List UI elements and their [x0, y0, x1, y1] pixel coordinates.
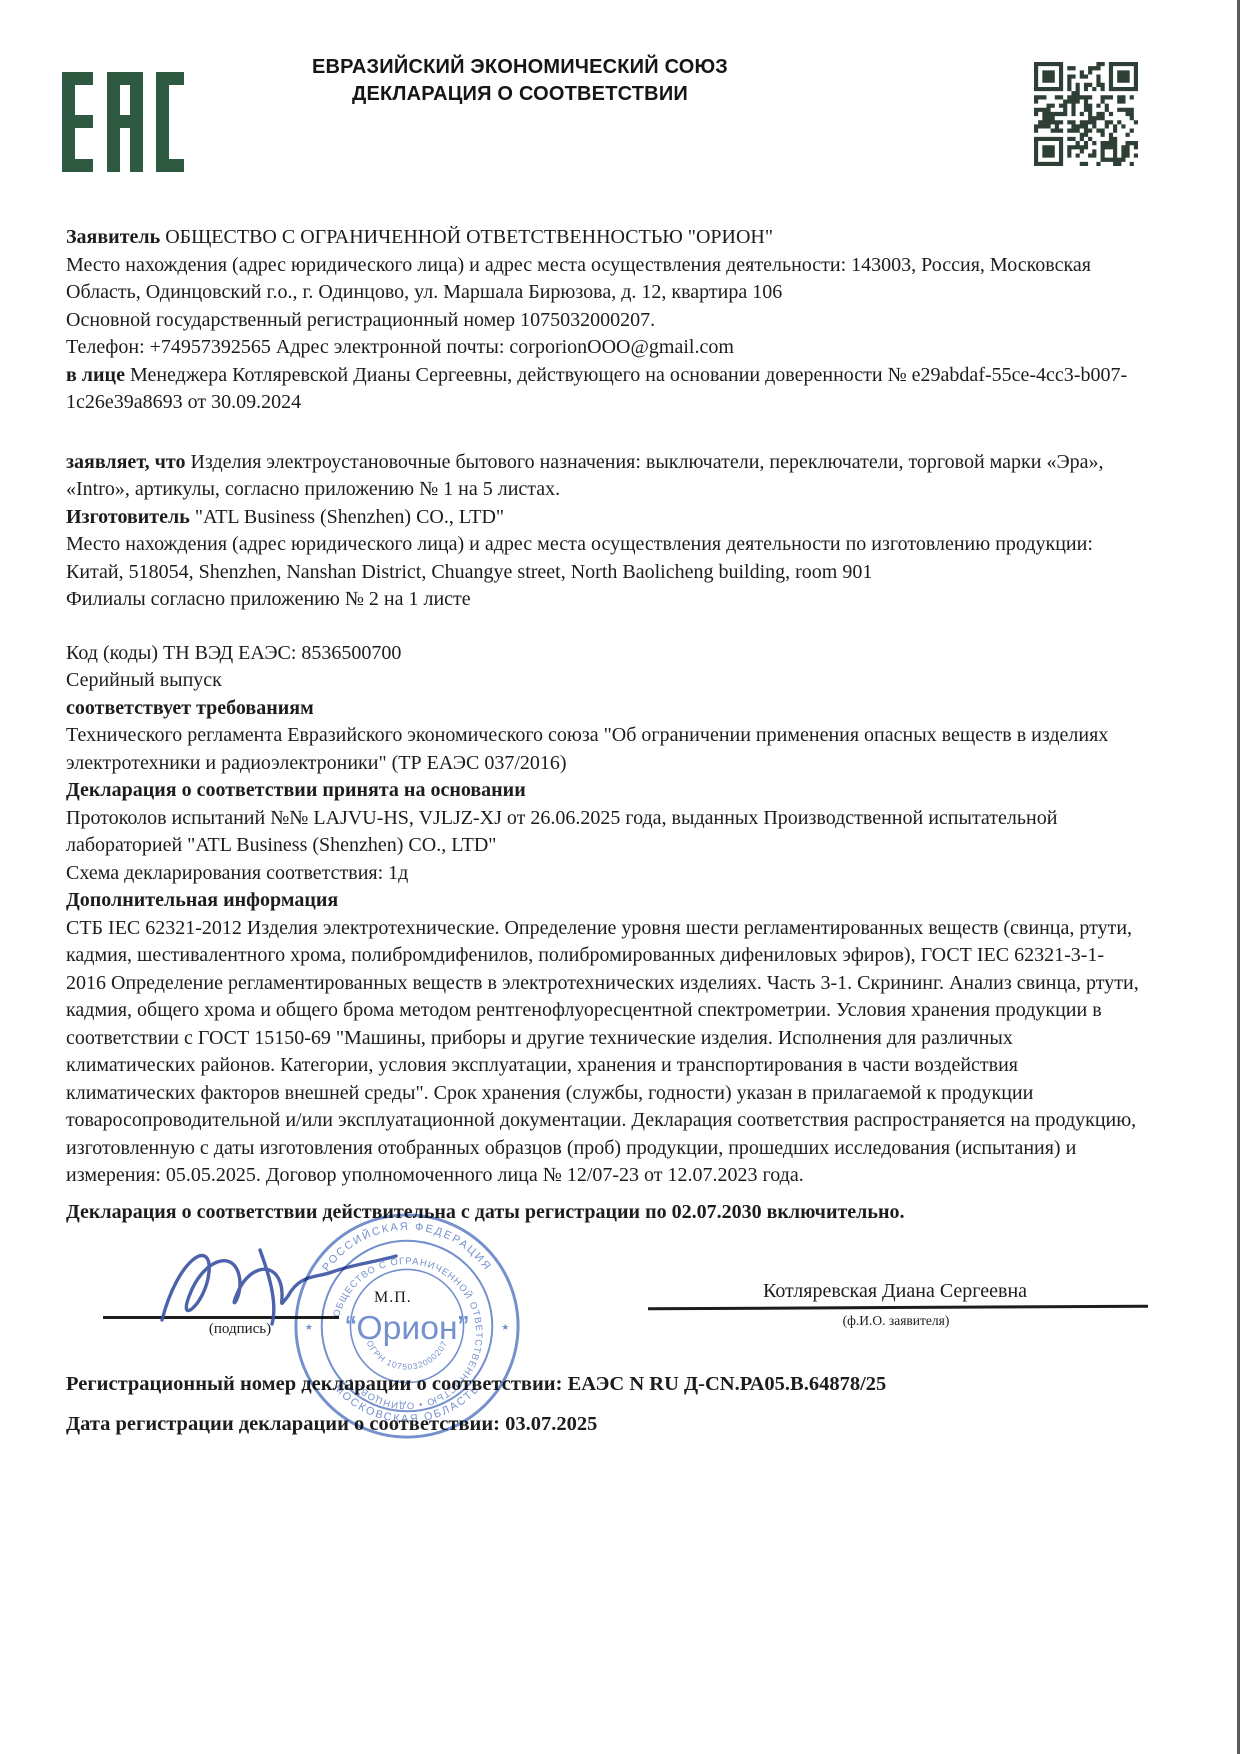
basis-heading: Декларация о соответствии принята на осн…: [66, 777, 1141, 805]
eac-logo-icon: [62, 72, 184, 172]
representative-line: в лице Менеджера Котляревской Дианы Серг…: [66, 362, 1141, 417]
representative-label: в лице: [66, 364, 125, 386]
representative-value: Менеджера Котляревской Дианы Сергеевны, …: [66, 364, 1127, 414]
scheme-line: Схема декларирования соответствия: 1д: [66, 860, 1141, 888]
complies-text: Технического регламента Евразийского эко…: [66, 722, 1141, 777]
additional-heading: Дополнительная информация: [66, 887, 1141, 915]
applicant-line: Заявитель ОБЩЕСТВО С ОГРАНИЧЕННОЙ ОТВЕТС…: [66, 224, 1141, 252]
phone-email-line: Телефон: +74957392565 Адрес электронной …: [66, 334, 1141, 362]
declares-label: заявляет, что: [66, 451, 185, 473]
manufacturer-label: Изготовитель: [66, 506, 190, 528]
tnved-line: Код (коды) ТН ВЭД ЕАЭС: 8536500700: [66, 640, 1141, 668]
fullname-line: [648, 1305, 1148, 1311]
applicant-label: Заявитель: [66, 226, 160, 248]
stamp-center-name: “Орион”: [345, 1309, 469, 1347]
document-title: ЕВРАЗИЙСКИЙ ЭКОНОМИЧЕСКИЙ СОЮЗ ДЕКЛАРАЦИ…: [250, 54, 790, 108]
additional-text: СТБ IEC 62321-2012 Изделия электротехнич…: [66, 915, 1141, 1190]
title-line-1: ЕВРАЗИЙСКИЙ ЭКОНОМИЧЕСКИЙ СОЮЗ: [250, 54, 790, 81]
serial-line: Серийный выпуск: [66, 667, 1141, 695]
fullname-caption: (ф.И.О. заявителя): [766, 1313, 1026, 1329]
basis-text: Протоколов испытаний №№ LAJVU-HS, VJLJZ-…: [66, 805, 1141, 860]
document-body: Заявитель ОБЩЕСТВО С ОГРАНИЧЕННОЙ ОТВЕТС…: [66, 224, 1141, 1226]
ogrn-line: Основной государственный регистрационный…: [66, 307, 1141, 335]
applicant-address: Место нахождения (адрес юридического лиц…: [66, 252, 1141, 307]
registration-number-line: Регистрационный номер декларации о соотв…: [66, 1373, 1166, 1396]
applicant-fullname: Котляревская Диана Сергеевна: [660, 1280, 1130, 1303]
complies-heading: соответствует требованиям: [66, 695, 1141, 723]
declares-line: заявляет, что Изделия электроустановочны…: [66, 449, 1141, 504]
manufacturer-line: Изготовитель "ATL Business (Shenzhen) CO…: [66, 504, 1141, 532]
validity-line: Декларация о соответствии действительна …: [66, 1199, 1141, 1227]
manufacturer-value: "ATL Business (Shenzhen) CO., LTD": [190, 506, 504, 528]
manufacturer-address: Место нахождения (адрес юридического лиц…: [66, 531, 1141, 586]
company-stamp: РОССИЙСКАЯ ФЕДЕРАЦИЯ МОСКОВСКАЯ ОБЛАСТЬ …: [288, 1207, 526, 1445]
title-line-2: ДЕКЛАРАЦИЯ О СООТВЕТСТВИИ: [250, 81, 790, 108]
declares-value: Изделия электроустановочные бытового наз…: [66, 451, 1104, 501]
branches-line: Филиалы согласно приложению № 2 на 1 лис…: [66, 586, 1141, 614]
stamp-star-right: ★: [501, 1322, 509, 1332]
qr-code: [1034, 62, 1138, 166]
registration-date-line: Дата регистрации декларации о соответств…: [66, 1413, 1166, 1436]
registration-number-value: ЕАЭС N RU Д-CN.РА05.В.64878/25: [568, 1373, 887, 1395]
applicant-value: ОБЩЕСТВО С ОГРАНИЧЕННОЙ ОТВЕТСТВЕННОСТЬЮ…: [160, 226, 773, 248]
declaration-page: ЕВРАЗИЙСКИЙ ЭКОНОМИЧЕСКИЙ СОЮЗ ДЕКЛАРАЦИ…: [0, 0, 1240, 1754]
stamp-star-left: ★: [305, 1322, 313, 1332]
